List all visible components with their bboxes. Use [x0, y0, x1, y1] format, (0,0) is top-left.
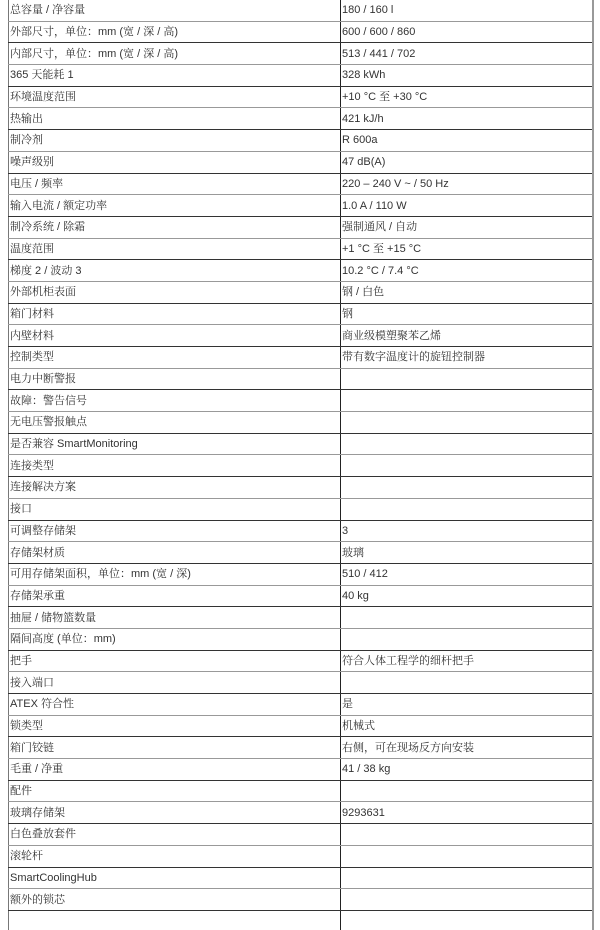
spec-value: 3 — [341, 520, 594, 542]
table-row: 白色叠放套件 — [9, 824, 594, 846]
spec-value — [341, 477, 594, 499]
spec-value: 符合人体工程学的细杆把手 — [341, 650, 594, 672]
table-row: 总容量 / 净容量180 / 160 l — [9, 0, 594, 21]
table-row: 梯度 2 / 波动 310.2 °C / 7.4 °C — [9, 260, 594, 282]
table-row: 接入端口 — [9, 672, 594, 694]
spec-value — [341, 867, 594, 889]
table-row: 箱门材料钢 — [9, 303, 594, 325]
table-row: 无电压警报触点 — [9, 412, 594, 434]
table-row: 热输出421 kJ/h — [9, 108, 594, 130]
table-row: 把手符合人体工程学的细杆把手 — [9, 650, 594, 672]
table-row — [9, 910, 594, 930]
spec-value: 600 / 600 / 860 — [341, 21, 594, 43]
spec-label: 可调整存储架 — [9, 520, 341, 542]
table-row: 可调整存储架3 — [9, 520, 594, 542]
spec-label: 电力中断警报 — [9, 368, 341, 390]
table-row: 玻璃存储架9293631 — [9, 802, 594, 824]
spec-label: 隔间高度 (单位：mm) — [9, 628, 341, 650]
spec-value — [341, 824, 594, 846]
spec-value — [341, 780, 594, 802]
spec-value: 180 / 160 l — [341, 0, 594, 21]
spec-value: 机械式 — [341, 715, 594, 737]
spec-value: 10.2 °C / 7.4 °C — [341, 260, 594, 282]
spec-label: 玻璃存储架 — [9, 802, 341, 824]
spec-label: 内部尺寸，单位：mm (宽 / 深 / 高) — [9, 43, 341, 65]
spec-label: 存储架承重 — [9, 585, 341, 607]
spec-label: SmartCoolingHub — [9, 867, 341, 889]
spec-label: 外部尺寸，单位：mm (宽 / 深 / 高) — [9, 21, 341, 43]
spec-label: 故障：警告信号 — [9, 390, 341, 412]
spec-value: +1 °C 至 +15 °C — [341, 238, 594, 260]
spec-label: 外部机柜表面 — [9, 281, 341, 303]
table-row: 额外的锁芯 — [9, 889, 594, 911]
spec-label: 接口 — [9, 498, 341, 520]
spec-label: 毛重 / 净重 — [9, 759, 341, 781]
table-row: 隔间高度 (单位：mm) — [9, 628, 594, 650]
spec-value — [341, 628, 594, 650]
table-row: 存储架承重40 kg — [9, 585, 594, 607]
spec-label: 额外的锁芯 — [9, 889, 341, 911]
spec-value: 强制通风 / 自动 — [341, 216, 594, 238]
spec-value: 商业级模塑聚苯乙烯 — [341, 325, 594, 347]
spec-table: 总容量 / 净容量180 / 160 l外部尺寸，单位：mm (宽 / 深 / … — [8, 0, 594, 930]
spec-value — [341, 845, 594, 867]
spec-label: 连接解决方案 — [9, 477, 341, 499]
spec-value: 玻璃 — [341, 542, 594, 564]
spec-label: 梯度 2 / 波动 3 — [9, 260, 341, 282]
table-row: 毛重 / 净重41 / 38 kg — [9, 759, 594, 781]
spec-label: 热输出 — [9, 108, 341, 130]
table-row: 连接解决方案 — [9, 477, 594, 499]
table-row: 环境温度范围+10 °C 至 +30 °C — [9, 86, 594, 108]
spec-value: 328 kWh — [341, 65, 594, 87]
spec-value: 421 kJ/h — [341, 108, 594, 130]
table-row: 配件 — [9, 780, 594, 802]
table-row: ATEX 符合性是 — [9, 694, 594, 716]
spec-value — [341, 910, 594, 930]
table-row: 故障：警告信号 — [9, 390, 594, 412]
spec-value: R 600a — [341, 130, 594, 152]
spec-value — [341, 368, 594, 390]
spec-label: 制冷剂 — [9, 130, 341, 152]
spec-value: 是 — [341, 694, 594, 716]
table-row: SmartCoolingHub — [9, 867, 594, 889]
spec-value — [341, 607, 594, 629]
spec-label: 是否兼容 SmartMonitoring — [9, 433, 341, 455]
spec-value: 47 dB(A) — [341, 151, 594, 173]
table-row: 制冷剂R 600a — [9, 130, 594, 152]
spec-label: 连接类型 — [9, 455, 341, 477]
spec-label: 接入端口 — [9, 672, 341, 694]
spec-label: 锁类型 — [9, 715, 341, 737]
spec-value: 510 / 412 — [341, 563, 594, 585]
spec-label: 无电压警报触点 — [9, 412, 341, 434]
spec-label: 制冷系统 / 除霜 — [9, 216, 341, 238]
spec-label: 箱门铰链 — [9, 737, 341, 759]
table-row: 锁类型机械式 — [9, 715, 594, 737]
spec-value: 41 / 38 kg — [341, 759, 594, 781]
spec-label: 可用存储架面积，单位：mm (宽 / 深) — [9, 563, 341, 585]
spec-value — [341, 412, 594, 434]
spec-value — [341, 498, 594, 520]
spec-value — [341, 433, 594, 455]
table-row: 存储架材质玻璃 — [9, 542, 594, 564]
spec-table-body: 总容量 / 净容量180 / 160 l外部尺寸，单位：mm (宽 / 深 / … — [9, 0, 594, 930]
spec-label: 噪声级别 — [9, 151, 341, 173]
table-row: 连接类型 — [9, 455, 594, 477]
spec-label: 内壁材料 — [9, 325, 341, 347]
spec-value: 钢 / 白色 — [341, 281, 594, 303]
spec-label: 365 天能耗 1 — [9, 65, 341, 87]
table-row: 输入电流 / 额定功率1.0 A / 110 W — [9, 195, 594, 217]
spec-label: 配件 — [9, 780, 341, 802]
spec-label: 抽屉 / 储物篮数量 — [9, 607, 341, 629]
table-row: 噪声级别47 dB(A) — [9, 151, 594, 173]
spec-label: 滚轮杆 — [9, 845, 341, 867]
spec-label — [9, 910, 341, 930]
spec-label: 输入电流 / 额定功率 — [9, 195, 341, 217]
table-row: 抽屉 / 储物篮数量 — [9, 607, 594, 629]
spec-value — [341, 455, 594, 477]
table-row: 控制类型带有数字温度计的旋钮控制器 — [9, 347, 594, 369]
spec-value — [341, 672, 594, 694]
table-row: 温度范围+1 °C 至 +15 °C — [9, 238, 594, 260]
spec-label: 总容量 / 净容量 — [9, 0, 341, 21]
spec-value: 带有数字温度计的旋钮控制器 — [341, 347, 594, 369]
spec-value: 右侧，可在现场反方向安装 — [341, 737, 594, 759]
spec-label: 温度范围 — [9, 238, 341, 260]
table-row: 滚轮杆 — [9, 845, 594, 867]
spec-label: 箱门材料 — [9, 303, 341, 325]
spec-value: 513 / 441 / 702 — [341, 43, 594, 65]
spec-label: 电压 / 频率 — [9, 173, 341, 195]
spec-label: 存储架材质 — [9, 542, 341, 564]
spec-value: 9293631 — [341, 802, 594, 824]
spec-value: 1.0 A / 110 W — [341, 195, 594, 217]
table-row: 内部尺寸，单位：mm (宽 / 深 / 高)513 / 441 / 702 — [9, 43, 594, 65]
spec-label: 白色叠放套件 — [9, 824, 341, 846]
spec-value: +10 °C 至 +30 °C — [341, 86, 594, 108]
spec-label: 把手 — [9, 650, 341, 672]
spec-label: ATEX 符合性 — [9, 694, 341, 716]
table-row: 内壁材料商业级模塑聚苯乙烯 — [9, 325, 594, 347]
spec-label: 控制类型 — [9, 347, 341, 369]
table-row: 电力中断警报 — [9, 368, 594, 390]
table-row: 制冷系统 / 除霜强制通风 / 自动 — [9, 216, 594, 238]
table-row: 365 天能耗 1328 kWh — [9, 65, 594, 87]
table-row: 电压 / 频率220 – 240 V ~ / 50 Hz — [9, 173, 594, 195]
table-row: 接口 — [9, 498, 594, 520]
table-row: 外部机柜表面钢 / 白色 — [9, 281, 594, 303]
table-row: 箱门铰链右侧，可在现场反方向安装 — [9, 737, 594, 759]
spec-value — [341, 390, 594, 412]
table-row: 是否兼容 SmartMonitoring — [9, 433, 594, 455]
table-row: 外部尺寸，单位：mm (宽 / 深 / 高)600 / 600 / 860 — [9, 21, 594, 43]
spec-value — [341, 889, 594, 911]
table-row: 可用存储架面积，单位：mm (宽 / 深)510 / 412 — [9, 563, 594, 585]
spec-value: 220 – 240 V ~ / 50 Hz — [341, 173, 594, 195]
spec-label: 环境温度范围 — [9, 86, 341, 108]
spec-value: 40 kg — [341, 585, 594, 607]
spec-value: 钢 — [341, 303, 594, 325]
